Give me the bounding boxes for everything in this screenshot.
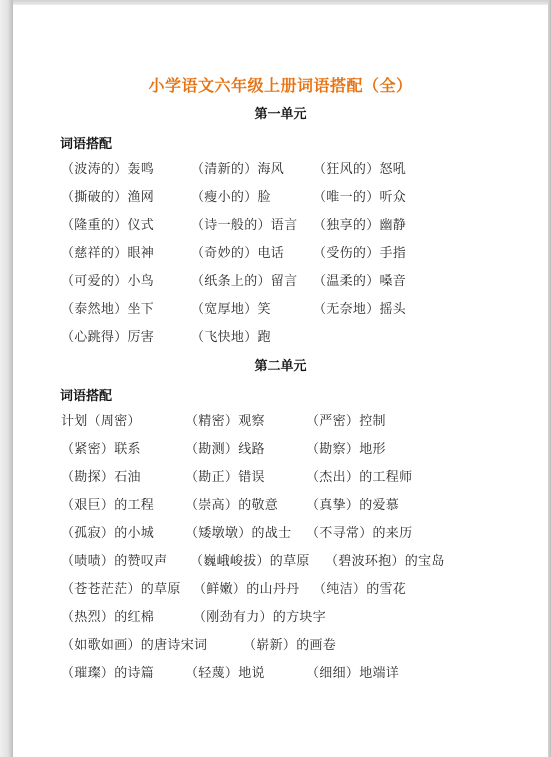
phrase: （刚劲有力）的方块字 — [193, 606, 326, 625]
phrase: （隆重的）仪式 — [61, 214, 154, 233]
phrase: （独享的）幽静 — [313, 214, 406, 233]
phrase: （轻蔑）地说 — [185, 662, 265, 681]
unit1-row: （泰然地）坐下 （宽厚地）笑 （无奈地）摇头 — [13, 298, 548, 318]
phrase: （细细）地端详 — [306, 662, 399, 681]
phrase: （勘正）错误 — [185, 466, 265, 485]
phrase: （矮墩墩）的战士 — [185, 522, 291, 541]
phrase: （可爱的）小鸟 — [61, 270, 154, 289]
unit2-row: （勘探）石油 （勘正）错误 （杰出）的工程师 — [13, 466, 548, 486]
phrase: （狂风的）怒吼 — [313, 158, 406, 177]
phrase: （不寻常）的来历 — [306, 522, 412, 541]
unit1-heading: 第一单元 — [13, 103, 548, 122]
phrase: （唯一的）听众 — [313, 186, 406, 205]
unit1-row: （慈祥的）眼神 （奇妙的）电话 （受伤的）手指 — [13, 242, 548, 262]
phrase: （崭新）的画卷 — [243, 634, 336, 653]
phrase: （璀璨）的诗篇 — [61, 662, 154, 681]
phrase: （瘦小的）脸 — [191, 186, 271, 205]
unit2-row: （艰巨）的工程 （崇高）的敬意 （真挚）的爱慕 — [13, 494, 548, 514]
phrase: （热烈）的红棉 — [61, 606, 154, 625]
phrase: （紧密）联系 — [61, 438, 141, 457]
unit2-row: （璀璨）的诗篇 （轻蔑）地说 （细细）地端详 — [13, 662, 548, 682]
phrase: （真挚）的爱慕 — [306, 494, 399, 513]
phrase: （波涛的）轰鸣 — [61, 158, 154, 177]
phrase: （鲜嫩）的山丹丹 — [193, 578, 299, 597]
unit2-row: （紧密）联系 （勘测）线路 （勘察）地形 — [13, 438, 548, 458]
unit2-section-label: 词语搭配 — [60, 385, 112, 404]
phrase: （巍峨峻拔）的草原 — [190, 550, 310, 569]
phrase: （泰然地）坐下 — [61, 298, 154, 317]
unit2-row: （热烈）的红棉 （刚劲有力）的方块字 — [13, 606, 548, 626]
phrase: （宽厚地）笑 — [191, 298, 271, 317]
phrase: （纸条上的）留言 — [191, 270, 297, 289]
unit2-row: （苍苍茫茫）的草原 （鲜嫩）的山丹丹 （纯洁）的雪花 — [13, 578, 548, 598]
unit2-row: （啧啧）的赞叹声 （巍峨峻拔）的草原 （碧波环抱）的宝岛 — [13, 550, 548, 570]
phrase: 计划（周密） — [61, 410, 141, 429]
phrase: （勘探）石油 — [61, 466, 141, 485]
unit2-row: （如歌如画）的唐诗宋词 （崭新）的画卷 — [13, 634, 548, 654]
document-page: 小学语文六年级上册词语搭配（全） 第一单元 词语搭配 （波涛的）轰鸣 （清新的）… — [13, 5, 548, 757]
phrase: （纯洁）的雪花 — [313, 578, 406, 597]
phrase: （温柔的）嗓音 — [313, 270, 406, 289]
phrase: （碧波环抱）的宝岛 — [325, 550, 445, 569]
unit2-row: 计划（周密） （精密）观察 （严密）控制 — [13, 410, 548, 430]
phrase: （受伤的）手指 — [313, 242, 406, 261]
document-title: 小学语文六年级上册词语搭配（全） — [13, 73, 548, 96]
unit1-row: （撕破的）渔网 （瘦小的）脸 （唯一的）听众 — [13, 186, 548, 206]
phrase: （慈祥的）眼神 — [61, 242, 154, 261]
phrase: （勘测）线路 — [185, 438, 265, 457]
phrase: （精密）观察 — [185, 410, 265, 429]
phrase: （诗一般的）语言 — [191, 214, 297, 233]
phrase: （苍苍茫茫）的草原 — [61, 578, 181, 597]
viewer-left-margin — [0, 0, 13, 757]
unit1-row: （波涛的）轰鸣 （清新的）海风 （狂风的）怒吼 — [13, 158, 548, 178]
phrase: （清新的）海风 — [191, 158, 284, 177]
phrase: （勘察）地形 — [306, 438, 386, 457]
document-viewer: 小学语文六年级上册词语搭配（全） 第一单元 词语搭配 （波涛的）轰鸣 （清新的）… — [0, 0, 551, 757]
phrase: （崇高）的敬意 — [185, 494, 278, 513]
unit1-row: （心跳得）厉害 （飞快地）跑 — [13, 326, 548, 346]
unit2-row: （孤寂）的小城 （矮墩墩）的战士 （不寻常）的来历 — [13, 522, 548, 542]
phrase: （无奈地）摇头 — [313, 298, 406, 317]
unit2-heading: 第二单元 — [13, 355, 548, 374]
unit1-section-label: 词语搭配 — [60, 133, 112, 152]
phrase: （孤寂）的小城 — [61, 522, 154, 541]
phrase: （飞快地）跑 — [191, 326, 271, 345]
phrase: （如歌如画）的唐诗宋词 — [61, 634, 207, 653]
phrase: （啧啧）的赞叹声 — [61, 550, 167, 569]
phrase: （撕破的）渔网 — [61, 186, 154, 205]
phrase: （杰出）的工程师 — [306, 466, 412, 485]
unit1-row: （可爱的）小鸟 （纸条上的）留言 （温柔的）嗓音 — [13, 270, 548, 290]
phrase: （严密）控制 — [306, 410, 386, 429]
unit1-row: （隆重的）仪式 （诗一般的）语言 （独享的）幽静 — [13, 214, 548, 234]
phrase: （艰巨）的工程 — [61, 494, 154, 513]
phrase: （心跳得）厉害 — [61, 326, 154, 345]
phrase: （奇妙的）电话 — [191, 242, 284, 261]
